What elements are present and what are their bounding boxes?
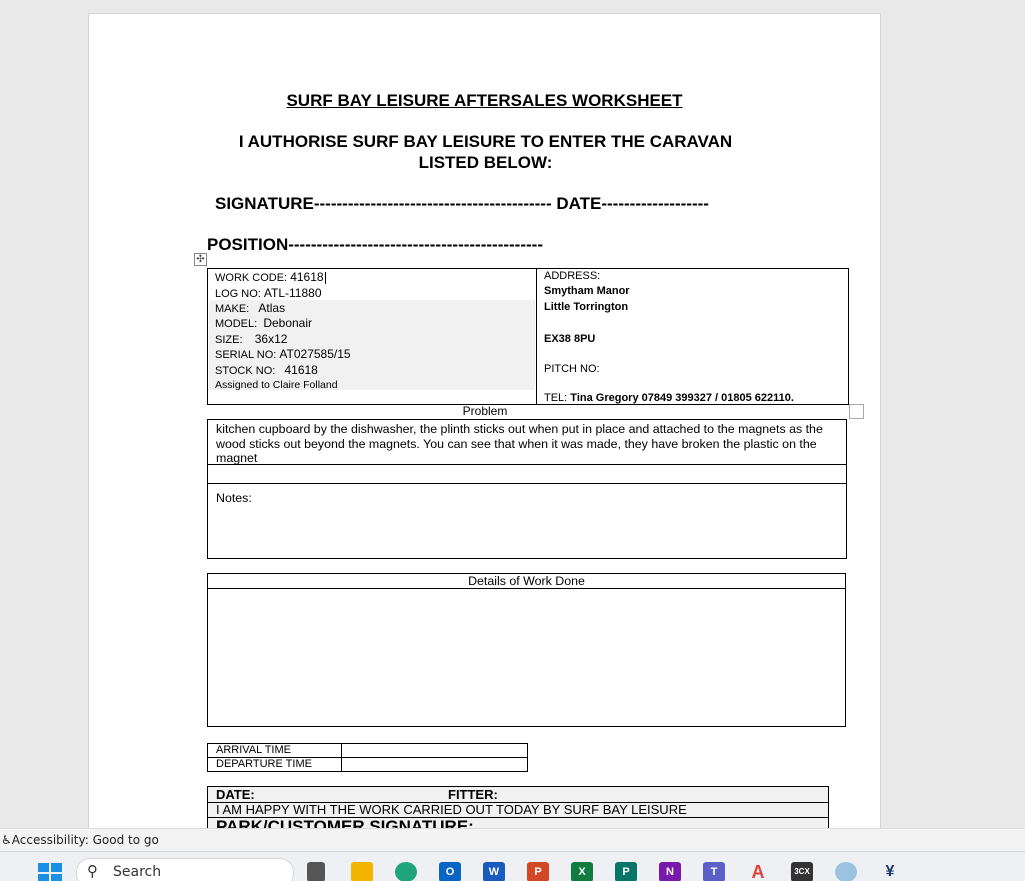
size-row: SIZE: 36x12 [215,332,287,346]
edge-icon[interactable] [395,862,417,881]
stock-value: 41618 [284,363,317,377]
log-no-value: ATL-11880 [264,286,322,300]
caravan-details-cell[interactable]: WORK CODE: 41618 LOG NO: ATL-11880 MAKE:… [208,269,537,404]
acrobat-icon[interactable]: A [747,862,769,881]
work-code-value: 41618 [290,270,323,284]
signoff-date-label: DATE: [216,787,255,802]
people-app-icon[interactable]: ¥ [879,862,901,881]
powerpoint-icon[interactable]: P [527,862,549,881]
text-cursor [325,272,326,284]
arrival-time-label: ARRIVAL TIME [216,744,291,756]
start-icon[interactable] [38,863,62,881]
globe-app-icon[interactable] [835,862,857,881]
make-value: Atlas [258,301,285,315]
teams-icon[interactable]: T [703,862,725,881]
happy-statement: I AM HAPPY WITH THE WORK CARRIED OUT TOD… [216,802,687,817]
taskbar-search[interactable]: ⚲ Search [76,858,294,881]
authorise-heading: I AUTHORISE SURF BAY LEISURE TO ENTER TH… [209,131,762,173]
authorise-line-1: I AUTHORISE SURF BAY LEISURE TO ENTER TH… [209,131,762,152]
size-value: 36x12 [255,332,288,346]
publisher-icon[interactable]: P [615,862,637,881]
problem-label: Problem [207,404,763,418]
tel-label: TEL: [544,392,567,404]
search-icon: ⚲ [87,862,98,880]
times-table[interactable]: ARRIVAL TIME DEPARTURE TIME [207,743,528,772]
accessibility-icon[interactable]: ♿ [1,833,12,847]
document-page: SURF BAY LEISURE AFTERSALES WORKSHEET I … [88,13,881,845]
address-line-2: Little Torrington [544,301,628,313]
model-value: Debonair [263,316,312,330]
tel-value: Tina Gregory 07849 399327 / 01805 622110… [570,392,794,404]
make-row: MAKE: Atlas [215,301,285,315]
status-bar: ♿Accessibility: Good to go [0,828,1025,852]
onenote-icon[interactable]: N [659,862,681,881]
position-line: POSITION--------------------------------… [207,235,543,255]
problem-text[interactable]: kitchen cupboard by the dishwasher, the … [216,422,840,466]
taskbar: ⚲ Search O W P X P N T A 3CX ¥ [0,851,1025,881]
authorise-line-2: LISTED BELOW: [209,152,762,173]
serial-value: AT027585/15 [279,347,350,361]
pitch-label: PITCH NO: [544,363,600,375]
task-view-icon[interactable] [307,862,325,881]
checkbox[interactable] [849,404,864,419]
departure-time-label: DEPARTURE TIME [216,758,312,770]
problem-table[interactable]: kitchen cupboard by the dishwasher, the … [207,419,847,559]
excel-icon[interactable]: X [571,862,593,881]
caravan-info-table: WORK CODE: 41618 LOG NO: ATL-11880 MAKE:… [207,268,849,405]
assigned-row: Assigned to Claire Folland [215,379,338,391]
table-move-handle-icon[interactable]: ✣ [194,253,207,266]
accessibility-status[interactable]: Accessibility: Good to go [12,833,159,847]
document-title: SURF BAY LEISURE AFTERSALES WORKSHEET [89,91,880,111]
outlook-icon[interactable]: O [439,862,461,881]
signature-date-line: SIGNATURE-------------------------------… [215,194,709,214]
notes-label: Notes: [216,491,252,505]
file-explorer-icon[interactable] [351,862,373,881]
word-icon[interactable]: W [483,862,505,881]
model-row: MODEL: Debonair [215,316,312,330]
address-postcode: EX38 8PU [544,333,595,345]
work-done-label: Details of Work Done [208,574,845,588]
work-code-row: WORK CODE: 41618 [215,270,326,284]
work-done-table[interactable]: Details of Work Done [207,573,846,727]
log-no-row: LOG NO: ATL-11880 [215,286,322,300]
3cx-icon[interactable]: 3CX [791,862,813,881]
fitter-label: FITTER: [448,787,498,802]
address-line-1: Smytham Manor [544,285,630,297]
stock-row: STOCK NO: 41618 [215,363,318,377]
address-label: ADDRESS: [544,270,600,282]
serial-row: SERIAL NO: AT027585/15 [215,347,351,361]
